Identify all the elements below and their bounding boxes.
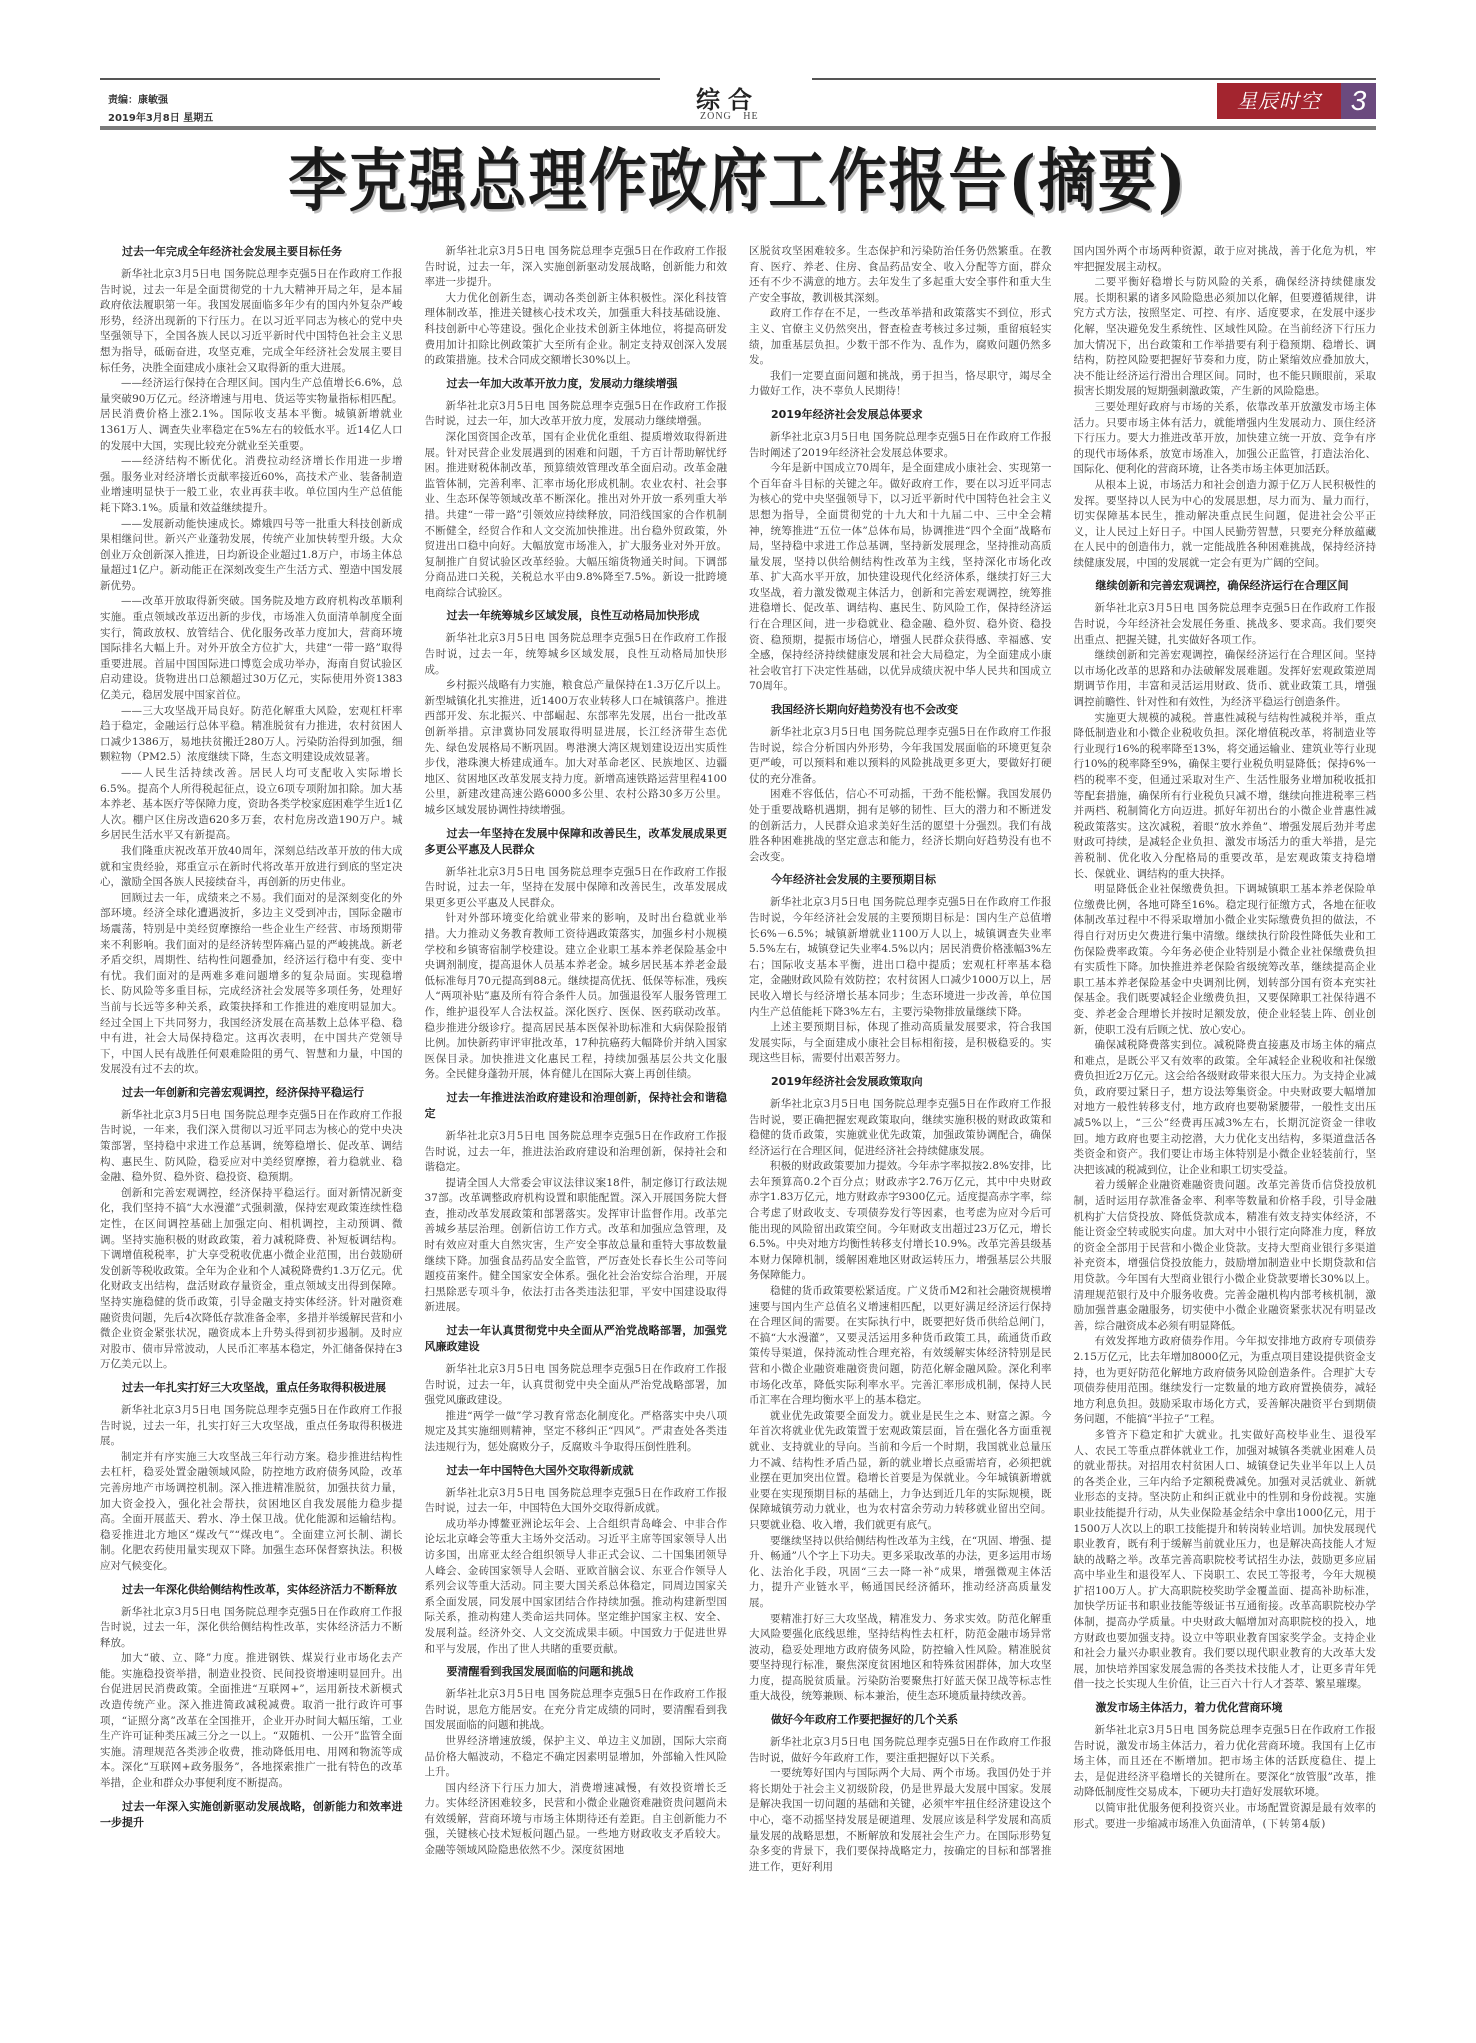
body-paragraph: 提请全国人大常委会审议法律议案18件，制定修订行政法规37部。改革调整政府机构设… xyxy=(425,1176,728,1316)
body-paragraph: ——三大攻坚战开局良好。防范化解重大风险，宏观杠杆率趋于稳定，金融运行总体平稳。… xyxy=(100,704,403,766)
body-paragraph: 新华社北京3月5日电 国务院总理李克强5日在作政府工作报告时说，过去一年，扎实打… xyxy=(100,1403,403,1450)
section-title: 综合 xyxy=(696,80,760,115)
body-paragraph: 新华社北京3月5日电 国务院总理李克强5日在作政府工作报告时说，过去一年，加大改… xyxy=(425,399,728,430)
section-heading: 今年经济社会发展的主要预期目标 xyxy=(749,872,1052,888)
body-paragraph: 世界经济增速放缓，保护主义、单边主义加剧，国际大宗商品价格大幅波动，不稳定不确定… xyxy=(425,1734,728,1781)
body-paragraph: 以简审批优服务便利投资兴业。市场配置资源是最有效率的形式。要进一步缩减市场准入负… xyxy=(1074,1801,1377,1832)
body-paragraph: 有效发挥地方政府债券作用。今年拟安排地方政府专项债券2.15万亿元，比去年增加8… xyxy=(1074,1334,1377,1428)
section-heading: 过去一年加大改革开放力度，发展动力继续增强 xyxy=(425,376,728,392)
body-paragraph: 新华社北京3月5日电 国务院总理李克强5日在作政府工作报告时说，一年来，我们深入… xyxy=(100,1108,403,1186)
body-paragraph: 从根本上说，市场活力和社会创造力源于亿万人民积极性的发挥。要坚持以人民为中心的发… xyxy=(1074,478,1377,572)
body-paragraph: 深化国资国企改革，国有企业优化重组、提质增效取得新进展。针对民营企业发展遇到的困… xyxy=(425,430,728,602)
body-paragraph: 实施更大规模的减税。普惠性减税与结构性减税并举，重点降低制造业和小微企业税收负担… xyxy=(1074,711,1377,883)
body-paragraph: 新华社北京3月5日电 国务院总理李克强5日在作政府工作报告时说，过去一年，深入实… xyxy=(425,244,728,291)
body-paragraph: 新华社北京3月5日电 国务院总理李克强5日在作政府工作报告时说，过去一年，统筹城… xyxy=(425,631,728,678)
section-heading: 过去一年中国特色大国外交取得新成就 xyxy=(425,1463,728,1479)
section-heading: 要清醒看到我国发展面临的问题和挑战 xyxy=(425,1664,728,1680)
body-paragraph: 推进“两学一做”学习教育常态化制度化。严格落实中央八项规定及其实施细则精神，坚定… xyxy=(425,1409,728,1456)
body-paragraph: ——改革开放取得新突破。国务院及地方政府机构改革顺利实施。重点领域改革迈出新的步… xyxy=(100,594,403,703)
body-paragraph: ——人民生活持续改善。居民人均可支配收入实际增长6.5%。提高个人所得税起征点，… xyxy=(100,766,403,844)
body-paragraph: 确保减税降费落实到位。减税降费直接惠及市场主体的痛点和难点，是既公平又有效率的政… xyxy=(1074,1038,1377,1178)
body-paragraph: ——发展新动能快速成长。嫦娥四号等一批重大科技创新成果相继问世。新兴产业蓬勃发展… xyxy=(100,517,403,595)
body-paragraph: 新华社北京3月5日电 国务院总理李克强5日在作政府工作报告时阐述了2019年经济… xyxy=(749,430,1052,461)
section-heading: 过去一年坚持在发展中保障和改善民生，改革发展成果更多更公平惠及人民群众 xyxy=(425,826,728,858)
section-heading: 过去一年认真贯彻党中央全面从严治党战略部署，加强党风廉政建设 xyxy=(425,1323,728,1355)
body-paragraph: ——经济运行保持在合理区间。国内生产总值增长6.6%，总量突破90万亿元。经济增… xyxy=(100,376,403,454)
body-paragraph: 多管齐下稳定和扩大就业。扎实做好高校毕业生、退役军人、农民工等重点群体就业工作，… xyxy=(1074,1428,1377,1693)
body-paragraph: 新华社北京3月5日电 国务院总理李克强5日在作政府工作报告时说，过去一年，认真贯… xyxy=(425,1362,728,1409)
section-heading: 过去一年统筹城乡区域发展，良性互动格局加快形成 xyxy=(425,608,728,624)
body-paragraph: 上述主要预期目标，体现了推动高质量发展要求，符合我国发展实际，与全面建成小康社会… xyxy=(749,1020,1052,1067)
body-paragraph: 就业优先政策要全面发力。就业是民生之本、财富之源。今年首次将就业优先政策置于宏观… xyxy=(749,1409,1052,1534)
body-paragraph: 新华社北京3月5日电 国务院总理李克强5日在作政府工作报告时说，做好今年政府工作… xyxy=(749,1735,1052,1766)
body-paragraph: 新华社北京3月5日电 国务院总理李克强5日在作政府工作报告时说，过去一年，中国特… xyxy=(425,1486,728,1517)
section-heading: 过去一年完成全年经济社会发展主要目标任务 xyxy=(100,244,403,260)
body-paragraph: 新华社北京3月5日电 国务院总理李克强5日在作政府工作报告时说，今年经济社会发展… xyxy=(1074,601,1377,648)
text-column-1: 过去一年完成全年经济社会发展主要目标任务新华社北京3月5日电 国务院总理李克强5… xyxy=(100,244,403,2014)
masthead: 责编：康敏强 2019年3月8日 星期五 综合 ZONG HE 星辰时空 3 xyxy=(100,78,1376,132)
body-paragraph: 加大“破、立、降”力度。推进钢铁、煤炭行业市场化去产能。实施稳投资举措，制造业投… xyxy=(100,1651,403,1791)
body-paragraph: 新华社北京3月5日电 国务院总理李克强5日在作政府工作报告时说，要正确把握宏观政… xyxy=(749,1097,1052,1159)
masthead-top-rule-left xyxy=(100,78,660,80)
article-headline: 李克强总理作政府工作报告(摘要) xyxy=(100,142,1376,234)
body-paragraph: 乡村振兴战略有力实施，粮食总产量保持在1.3万亿斤以上。新型城镇化扎实推进，近1… xyxy=(425,678,728,818)
newspaper-logo: 星辰时空 xyxy=(1217,83,1341,119)
section-heading: 2019年经济社会发展总体要求 xyxy=(749,407,1052,423)
section-heading: 过去一年深入实施创新驱动发展战略，创新能力和效率进一步提升 xyxy=(100,1799,403,1831)
body-paragraph: 积极的财政政策要加力提效。今年赤字率拟按2.8%安排，比去年预算高0.2个百分点… xyxy=(749,1159,1052,1284)
body-paragraph: 新华社北京3月5日电 国务院总理李克强5日在作政府工作报告时说，过去一年是全面贯… xyxy=(100,267,403,376)
body-paragraph: 成功举办博鳌亚洲论坛年会、上合组织青岛峰会、中非合作论坛北京峰会等重大主场外交活… xyxy=(425,1517,728,1657)
body-paragraph: 回顾过去一年，成绩来之不易。我们面对的是深刻变化的外部环境。经济全球化遭遇波折，… xyxy=(100,891,403,1078)
text-column-3: 区脱贫攻坚困难较多。生态保护和污染防治任务仍然繁重。在教育、医疗、养老、住房、食… xyxy=(749,244,1052,2014)
body-paragraph: 稳健的货币政策要松紧适度。广义货币M2和社会融资规模增速要与国内生产总值名义增速… xyxy=(749,1284,1052,1409)
body-paragraph: 新华社北京3月5日电 国务院总理李克强5日在作政府工作报告时说，思危方能居安。在… xyxy=(425,1687,728,1734)
body-paragraph: 今年是新中国成立70周年，是全面建成小康社会、实现第一个百年奋斗目标的关键之年。… xyxy=(749,461,1052,695)
article-body: 过去一年完成全年经济社会发展主要目标任务新华社北京3月5日电 国务院总理李克强5… xyxy=(100,244,1376,2014)
section-heading: 做好今年政府工作要把握好的几个关系 xyxy=(749,1712,1052,1728)
body-paragraph: 创新和完善宏观调控，经济保持平稳运行。面对新情况新变化，我们坚持不搞“大水漫灌”… xyxy=(100,1186,403,1373)
text-column-2: 新华社北京3月5日电 国务院总理李克强5日在作政府工作报告时说，过去一年，深入实… xyxy=(425,244,728,2014)
body-paragraph: 着力缓解企业融资难融资贵问题。改革完善货币信贷投放机制，适时运用存款准备金率、利… xyxy=(1074,1178,1377,1334)
text-column-4: 国内国外两个市场两种资源，敢于应对挑战，善于化危为机，牢牢把握发展主动权。二要平… xyxy=(1074,244,1377,2014)
body-paragraph: 新华社北京3月5日电 国务院总理李克强5日在作政府工作报告时说，过去一年，坚持在… xyxy=(425,865,728,912)
body-paragraph: 明显降低企业社保缴费负担。下调城镇职工基本养老保险单位缴费比例，各地可降至16%… xyxy=(1074,882,1377,1038)
body-paragraph: 要精准打好三大攻坚战，精准发力、务求实效。防范化解重大风险要强化底线思维，坚持结… xyxy=(749,1612,1052,1706)
body-paragraph: 我们隆重庆祝改革开放40周年，深刻总结改革开放的伟大成就和宝贵经验，郑重宣示在新… xyxy=(100,844,403,891)
section-heading: 继续创新和完善宏观调控，确保经济运行在合理区间 xyxy=(1074,578,1377,594)
section-heading: 过去一年深化供给侧结构性改革，实体经济活力不断释放 xyxy=(100,1582,403,1598)
section-heading: 过去一年创新和完善宏观调控，经济保持平稳运行 xyxy=(100,1085,403,1101)
section-heading: 我国经济长期向好趋势没有也不会改变 xyxy=(749,702,1052,718)
body-paragraph: 区脱贫攻坚困难较多。生态保护和污染防治任务仍然繁重。在教育、医疗、养老、住房、食… xyxy=(749,244,1052,306)
section-heading: 过去一年扎实打好三大攻坚战，重点任务取得积极进展 xyxy=(100,1380,403,1396)
section-title-pinyin: ZONG HE xyxy=(700,111,759,122)
page-number: 3 xyxy=(1341,83,1376,119)
issue-date: 2019年3月8日 星期五 xyxy=(108,109,213,124)
body-paragraph: 新华社北京3月5日电 国务院总理李克强5日在作政府工作报告时说，过去一年，深化供… xyxy=(100,1605,403,1652)
body-paragraph: 制定并有序实施三大攻坚战三年行动方案。稳步推进结构性去杠杆，稳妥处置金融领域风险… xyxy=(100,1450,403,1575)
section-heading: 过去一年推进法治政府建设和治理创新，保持社会和谐稳定 xyxy=(425,1090,728,1122)
body-paragraph: 新华社北京3月5日电 国务院总理李克强5日在作政府工作报告时说，综合分析国内外形… xyxy=(749,725,1052,787)
section-heading: 激发市场主体活力，着力优化营商环境 xyxy=(1074,1700,1377,1716)
body-paragraph: 困难不容低估，信心不可动摇，干劲不能松懈。我国发展仍处于重要战略机遇期，拥有足够… xyxy=(749,787,1052,865)
body-paragraph: 要继续坚持以供给侧结构性改革为主线，在“巩固、增强、提升、畅通”八个字上下功夫。… xyxy=(749,1534,1052,1612)
section-heading: 2019年经济社会发展政策取向 xyxy=(749,1074,1052,1090)
continued-on-page-note: (下转第4版) xyxy=(1263,1818,1327,1830)
body-paragraph: 三要处理好政府与市场的关系，依靠改革开放激发市场主体活力。只要市场主体有活力，就… xyxy=(1074,400,1377,478)
masthead-top-rule-right xyxy=(812,78,1376,80)
body-paragraph: 国内国外两个市场两种资源，敢于应对挑战，善于化危为机，牢牢把握发展主动权。 xyxy=(1074,244,1377,275)
body-paragraph: 新华社北京3月5日电 国务院总理李克强5日在作政府工作报告时说，激发市场主体活力… xyxy=(1074,1723,1377,1801)
body-paragraph: 针对外部环境变化给就业带来的影响，及时出台稳就业举措。大力推动义务教育教师工资待… xyxy=(425,911,728,1083)
body-paragraph: 新华社北京3月5日电 国务院总理李克强5日在作政府工作报告时说，今年经济社会发展… xyxy=(749,895,1052,1020)
body-paragraph: 一要统筹好国内与国际两个大局、两个市场。我国仍处于并将长期处于社会主义初级阶段，… xyxy=(749,1766,1052,1875)
body-paragraph: 大力优化创新生态，调动各类创新主体积极性。深化科技管理体制改革，推进关键核心技术… xyxy=(425,291,728,369)
body-paragraph: 新华社北京3月5日电 国务院总理李克强5日在作政府工作报告时说，过去一年，推进法… xyxy=(425,1129,728,1176)
body-paragraph: 二要平衡好稳增长与防风险的关系，确保经济持续健康发展。长期积累的诸多风险隐患必须… xyxy=(1074,275,1377,400)
editor-credit: 责编：康敏强 xyxy=(108,91,168,106)
body-paragraph: 我们一定要直面问题和挑战，勇于担当，恪尽职守，竭尽全力做好工作，决不辜负人民期待… xyxy=(749,369,1052,400)
body-paragraph: 国内经济下行压力加大，消费增速减慢，有效投资增长乏力。实体经济困难较多，民营和小… xyxy=(425,1781,728,1859)
body-paragraph: 政府工作存在不足，一些改革举措和政策落实不到位，形式主义、官僚主义仍然突出，督查… xyxy=(749,306,1052,368)
body-paragraph: ——经济结构不断优化。消费拉动经济增长作用进一步增强。服务业对经济增长贡献率接近… xyxy=(100,454,403,516)
body-paragraph: 继续创新和完善宏观调控，确保经济运行在合理区间。坚持以市场化改革的思路和办法破解… xyxy=(1074,648,1377,710)
masthead-bottom-rule xyxy=(100,126,1376,130)
